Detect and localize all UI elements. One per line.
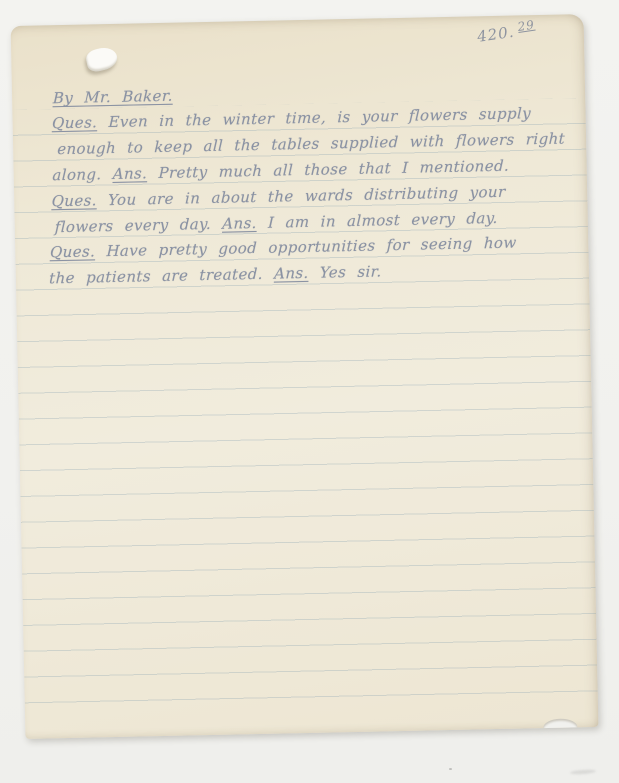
handwriting-text: Have pretty good opportunities for seein… bbox=[95, 234, 517, 261]
scanner-dot bbox=[449, 768, 452, 770]
handwriting-text: flowers every day. bbox=[55, 214, 223, 236]
qa-marker: Ans. bbox=[113, 164, 148, 183]
handwriting-text: Pretty much all those that I mentioned. bbox=[147, 156, 509, 182]
torn-paper-spot bbox=[84, 45, 119, 73]
manuscript-lines: Ques. Even in the winter time, is your f… bbox=[47, 100, 583, 292]
handwriting-text: along. bbox=[52, 165, 113, 184]
qa-marker: Ques. bbox=[52, 113, 98, 132]
manuscript-heading-text: By Mr. Baker. bbox=[53, 87, 174, 108]
page-number-main: 420. bbox=[476, 23, 516, 46]
scanner-background: 420.29 By Mr. Baker. Ques. Even in the w… bbox=[0, 0, 619, 783]
qa-marker: Ques. bbox=[50, 243, 96, 262]
manuscript-text: By Mr. Baker. Ques. Even in the winter t… bbox=[47, 74, 583, 293]
scanner-smudge bbox=[570, 769, 596, 775]
handwriting-text: the patients are treated. bbox=[49, 265, 274, 288]
paper-sheet: 420.29 By Mr. Baker. Ques. Even in the w… bbox=[11, 14, 599, 739]
handwriting-text: Yes sir. bbox=[308, 263, 382, 283]
handwriting-text: I am in almost every day. bbox=[257, 208, 498, 231]
qa-marker: Ans. bbox=[222, 214, 257, 233]
page-number: 420.29 bbox=[476, 18, 537, 46]
bottom-edge-notch bbox=[543, 718, 577, 736]
qa-marker: Ans. bbox=[274, 264, 309, 283]
page-number-secondary: 29 bbox=[517, 18, 536, 34]
handwriting-text: You are in about the wards distributing … bbox=[97, 182, 506, 209]
qa-marker: Ques. bbox=[51, 191, 97, 210]
handwriting-text: Even in the winter time, is your flowers… bbox=[97, 104, 531, 131]
